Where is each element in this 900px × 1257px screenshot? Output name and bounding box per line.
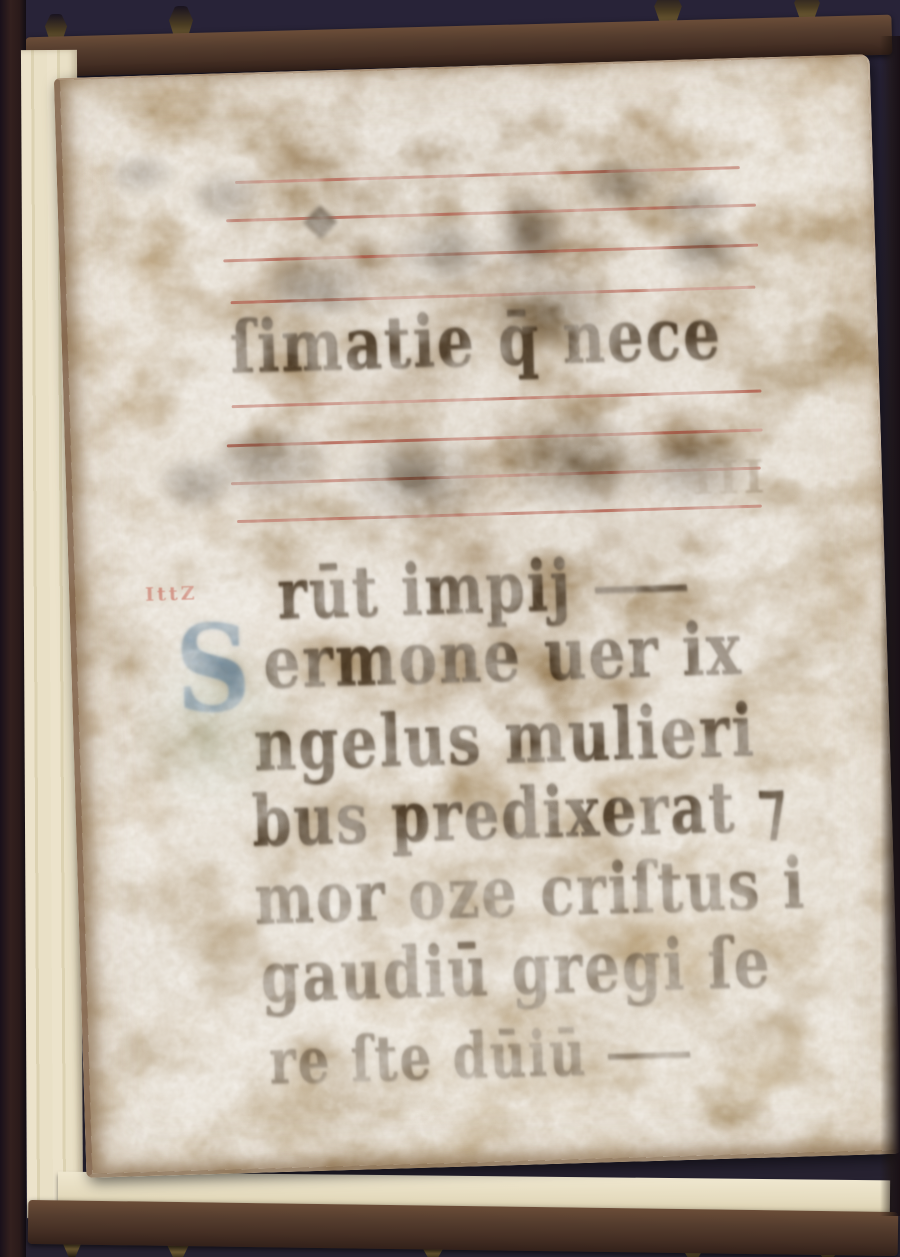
parchment-page: ſimatie q̄ nece rūt impij ⸺ ermone uer i… xyxy=(54,54,900,1178)
flaking-overlay xyxy=(54,54,900,1178)
manuscript-photo: ſimatie q̄ nece rūt impij ⸺ ermone uer i… xyxy=(0,0,900,1257)
book-board-right-shadow xyxy=(880,36,900,1216)
